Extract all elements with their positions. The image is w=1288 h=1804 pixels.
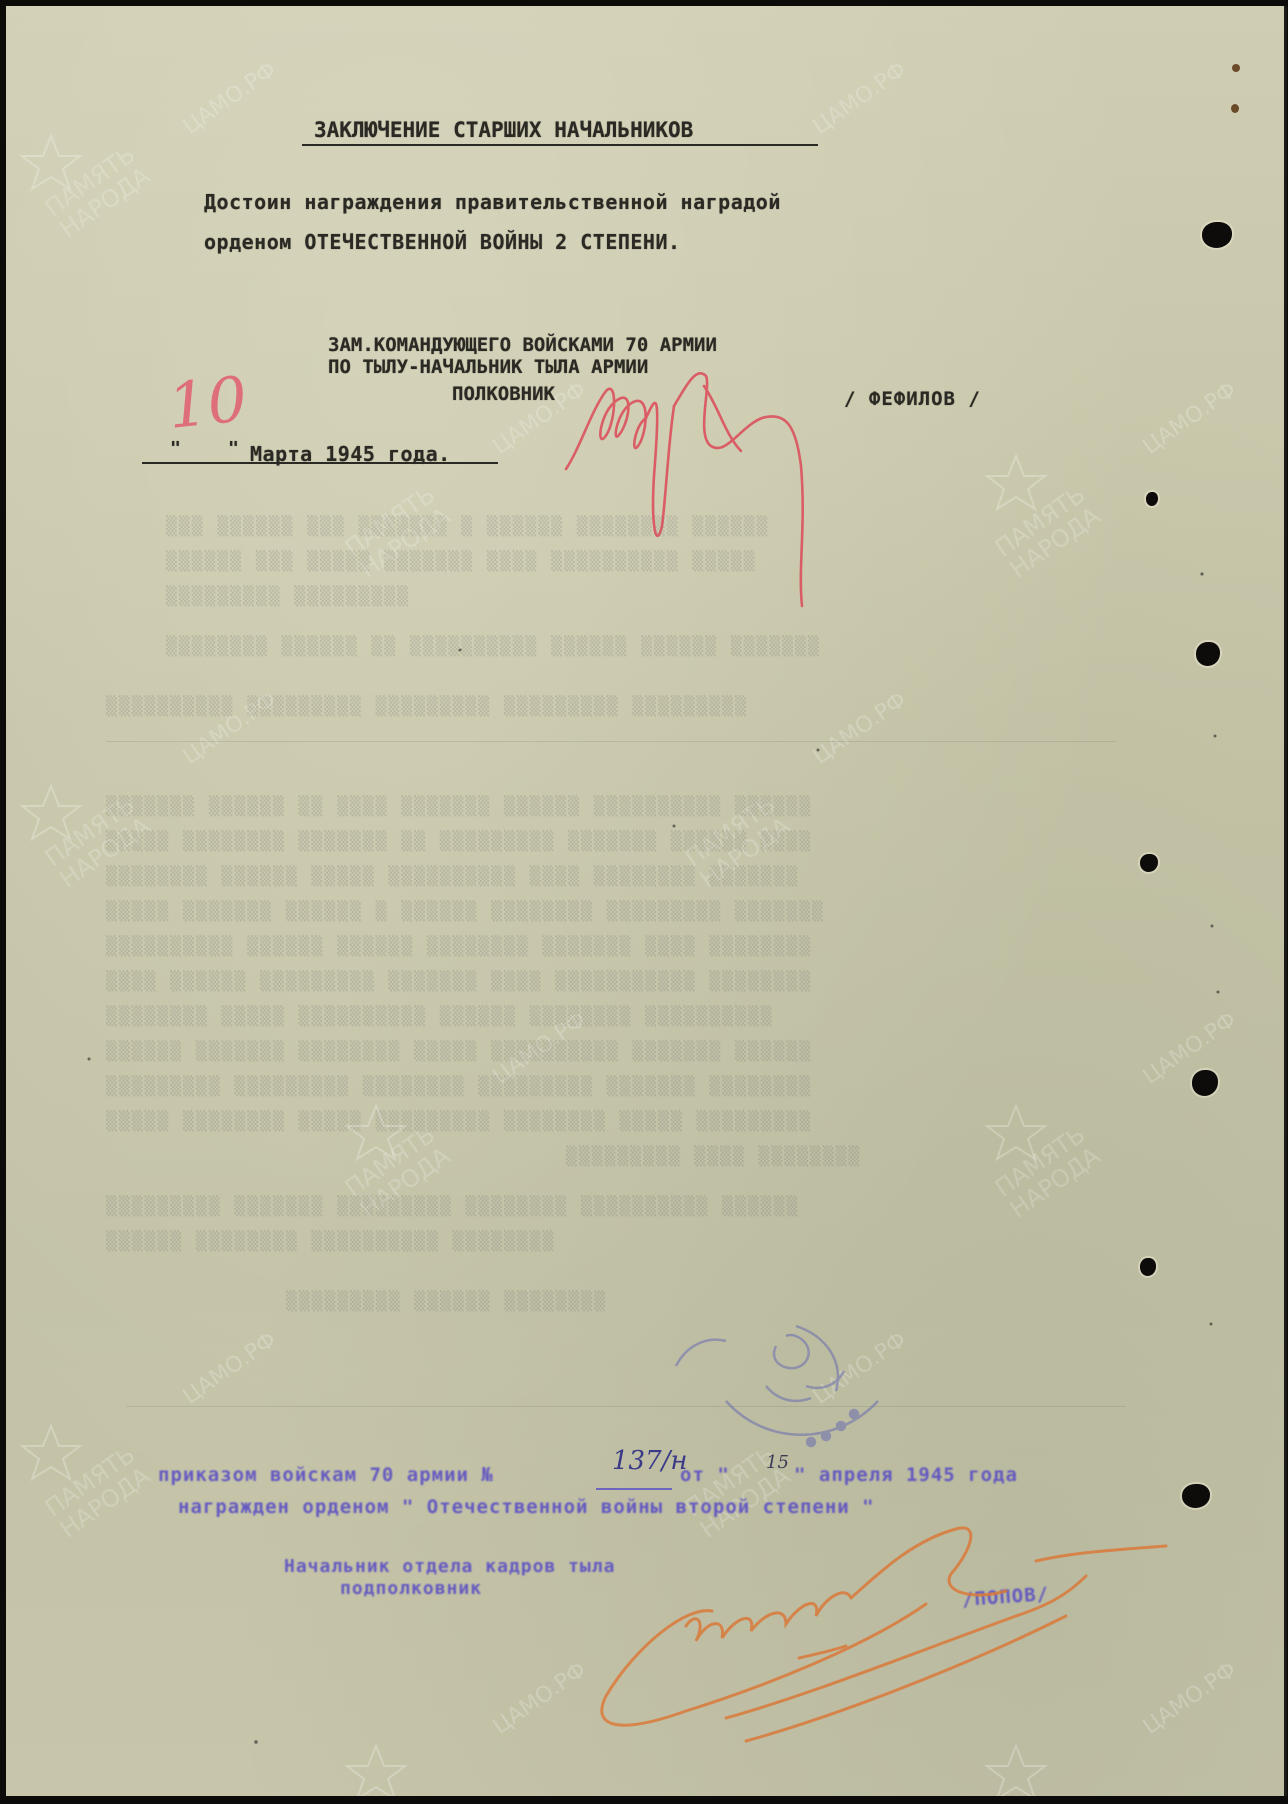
seal-stamp-icon (676, 1326, 878, 1446)
dust-specks (88, 572, 1220, 1743)
document-page: ЦАМО.РФ ЦАМО.РФ ЦАМО.РФ ЦАМО.РФ ЦАМО.РФ … (6, 6, 1287, 1796)
watermark-star-icon (22, 136, 1045, 1796)
red-signature (566, 373, 803, 606)
ink-overlay (6, 6, 1284, 1796)
orange-signature (602, 1528, 1166, 1741)
